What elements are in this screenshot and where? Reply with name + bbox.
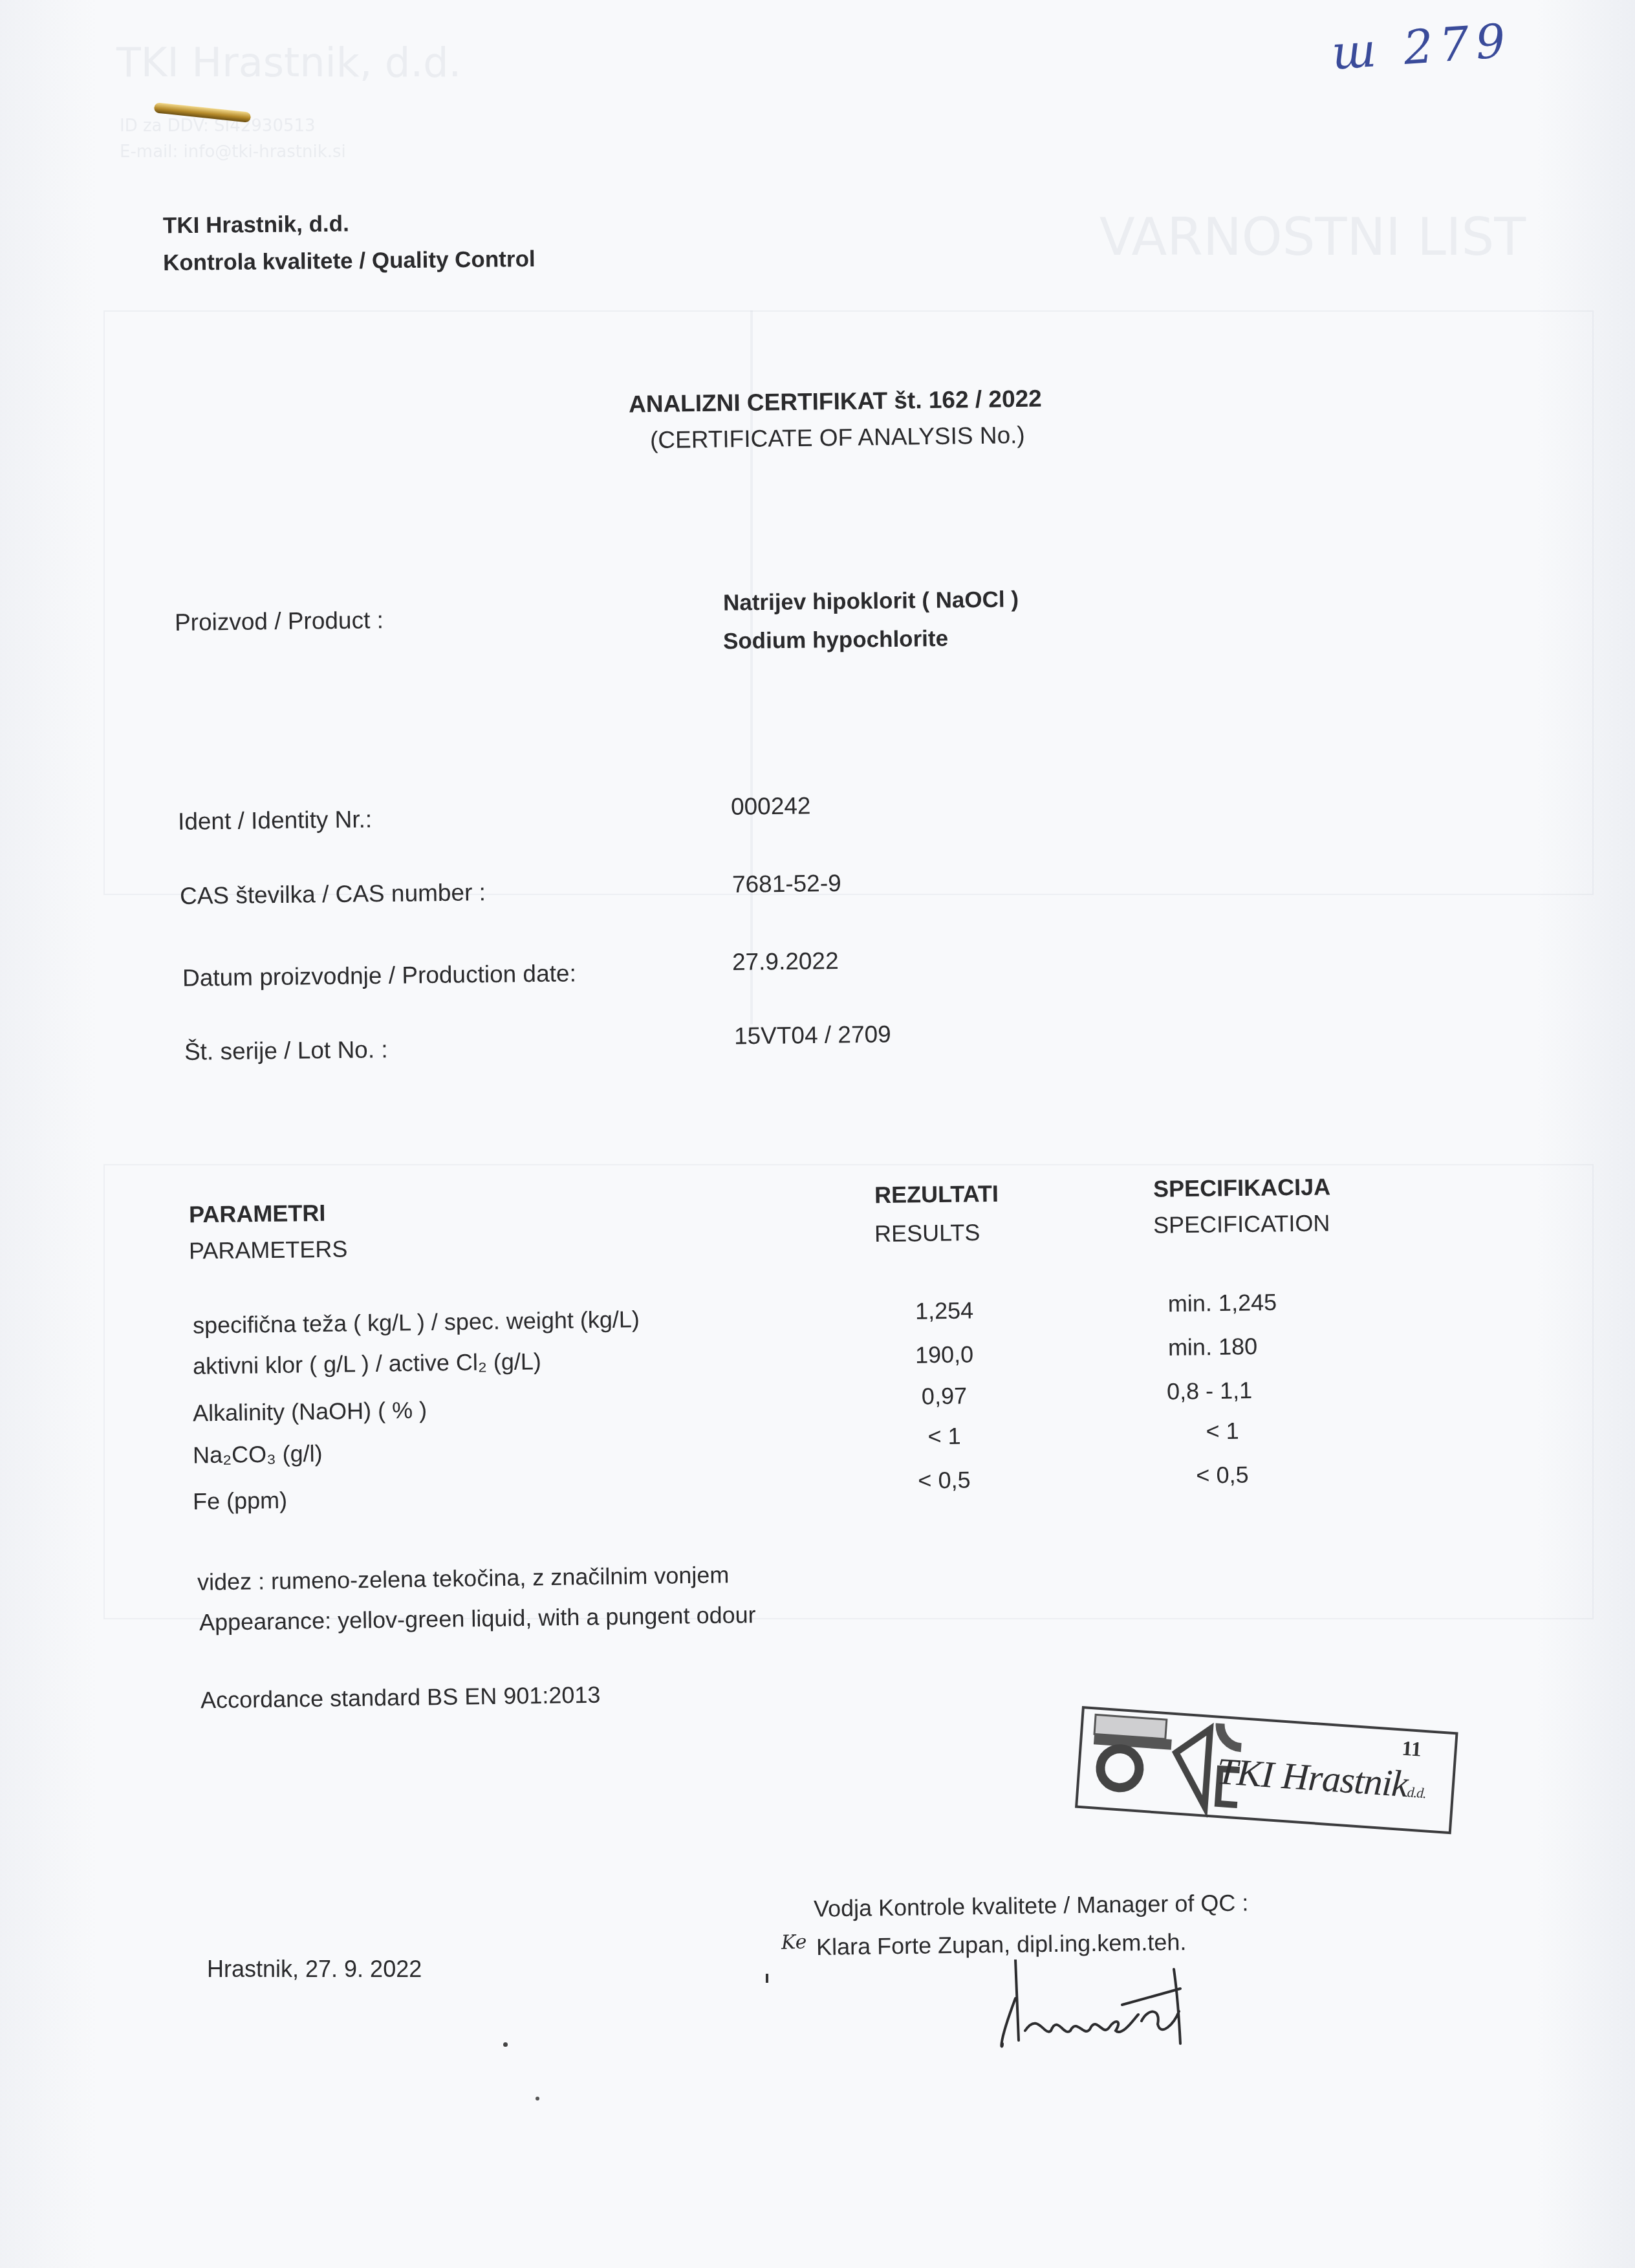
- result-value: < 1: [886, 1422, 1003, 1451]
- header-specification-en: SPECIFICATION: [1153, 1209, 1330, 1238]
- production-date-label: Datum proizvodnje / Production date:: [182, 960, 576, 991]
- scanned-page: TKI Hrastnik, d.d. ID za DDV: SI42930513…: [0, 0, 1635, 2268]
- parameter-name: aktivni klor ( g/L ) / active Cl₂ (g/L): [193, 1348, 541, 1380]
- bleed-through-heading: VARNOSTNI LIST: [1099, 207, 1526, 267]
- cas-label: CAS številka / CAS number :: [180, 879, 486, 910]
- identity-label: Ident / Identity Nr.:: [178, 806, 373, 836]
- specification-value: min. 180: [1138, 1332, 1288, 1361]
- parameter-name: Fe (ppm): [193, 1487, 288, 1515]
- identity-value: 000242: [731, 792, 811, 821]
- place-and-date: Hrastnik, 27. 9. 2022: [207, 1956, 422, 1983]
- header-parameters-en: PARAMETERS: [189, 1236, 348, 1265]
- bleed-through-text: E-mail: info@tki-hrastnik.si: [120, 142, 346, 162]
- parameter-name: Na₂CO₃ (g/l): [193, 1440, 323, 1469]
- certificate-subtitle: (CERTIFICATE OF ANALYSIS No.): [650, 422, 1025, 454]
- parameter-name: Alkalinity (NaOH) ( % ): [193, 1396, 428, 1427]
- specification-value: < 0,5: [1148, 1460, 1297, 1489]
- stamp-suffix: d.d.: [1407, 1784, 1427, 1801]
- specification-value: < 1: [1148, 1416, 1297, 1445]
- cas-value: 7681-52-9: [732, 870, 841, 898]
- signatory-name: Klara Forte Zupan, dipl.ing.kem.teh.: [816, 1928, 1187, 1961]
- header-parameters-sl: PARAMETRI: [189, 1200, 326, 1229]
- stamp-number: 11: [1401, 1736, 1422, 1762]
- product-label: Proizvod / Product :: [175, 607, 384, 636]
- result-value: 190,0: [886, 1341, 1003, 1370]
- product-value-en: Sodium hypochlorite: [723, 626, 949, 654]
- signatory-title: Vodja Kontrole kvalitete / Manager of QC…: [814, 1889, 1249, 1922]
- bleed-through-divider: [750, 310, 753, 1024]
- header-results-en: RESULTS: [874, 1219, 980, 1247]
- scan-speck: [536, 2097, 539, 2101]
- scan-speck: [766, 1974, 768, 1983]
- department-name: Kontrola kvalitete / Quality Control: [163, 246, 536, 276]
- handwritten-signature: [889, 1960, 1290, 2057]
- lot-value: 15VT04 / 2709: [734, 1021, 891, 1050]
- result-value: 0,97: [886, 1382, 1003, 1411]
- specification-value: min. 1,245: [1148, 1288, 1297, 1317]
- handwritten-reference-number: ш 279: [1330, 13, 1514, 80]
- certificate-title: ANALIZNI CERTIFIKAT št. 162 / 2022: [629, 385, 1042, 418]
- header-results-sl: REZULTATI: [874, 1180, 999, 1209]
- scan-speck: [503, 2042, 508, 2047]
- result-value: < 0,5: [886, 1466, 1003, 1495]
- lot-label: Št. serije / Lot No. :: [184, 1036, 388, 1066]
- product-value: Natrijev hipoklorit ( NaOCl ): [723, 587, 1019, 616]
- result-value: 1,254: [886, 1297, 1003, 1326]
- header-specification-sl: SPECIFIKACIJA: [1153, 1173, 1331, 1202]
- company-name: TKI Hrastnik, d.d.: [163, 211, 349, 239]
- production-date-value: 27.9.2022: [732, 947, 839, 976]
- bleed-through-letterhead: TKI Hrastnik, d.d.: [116, 39, 461, 86]
- specification-value: 0,8 - 1,1: [1135, 1376, 1284, 1405]
- accordance-standard: Accordance standard BS EN 901:2013: [200, 1681, 601, 1714]
- signatory-initials: Ke: [781, 1930, 807, 1954]
- bleed-through-table: [103, 1164, 1594, 1619]
- company-stamp: 11 TKI Hrastnikd.d.: [1075, 1681, 1458, 1837]
